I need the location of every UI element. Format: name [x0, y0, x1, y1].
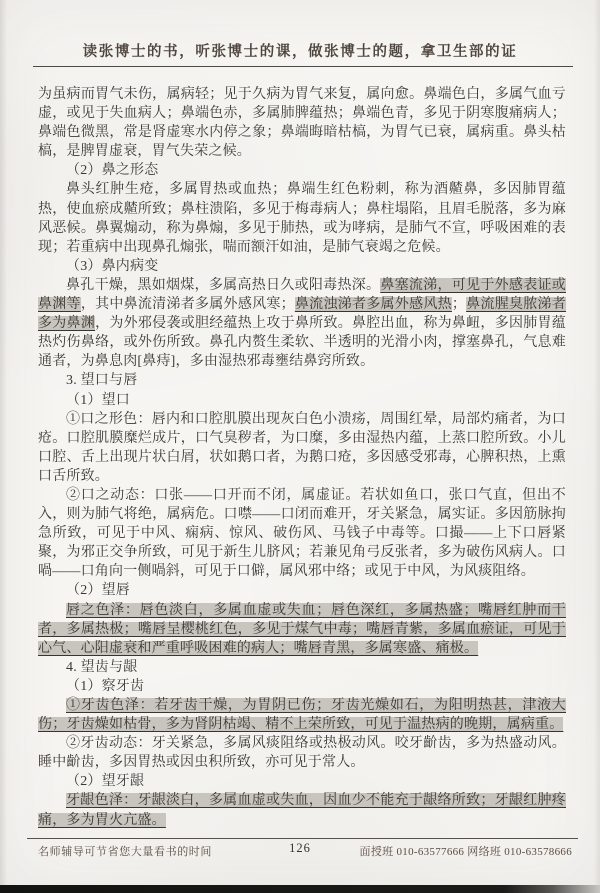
paragraph: 鼻孔干燥，黑如烟煤，多属高热日久或阳毒热深。鼻塞流涕，可见于外感表证或鼻渊等，其…	[38, 276, 566, 371]
text-run: 鼻头红肿生疮，多属胃热或血热；鼻端生红色粉刺，称为酒齄鼻，多因肺胃蕴热，使血瘀成…	[38, 182, 566, 254]
text-run: ①口之形色：唇内和口腔肌膜出现灰白色小溃疡，周围红晕，局部灼痛者，为口疮。口腔肌…	[38, 412, 566, 484]
highlighted-text: ①牙齿色泽：若牙齿干燥，为胃阴已伤；牙齿光燥如石，为阳明热甚，津液大伤；牙齿燥如…	[38, 698, 566, 732]
paragraph: 唇之色泽：唇色淡白，多属血虚或失血；唇色深红，多属热盛；嘴唇红肿而干者，多属热极…	[38, 601, 566, 658]
section-heading: （2）鼻之形态	[38, 161, 566, 180]
paragraph: ①口之形色：唇内和口腔肌膜出现灰白色小溃疡，周围红晕，局部灼痛者，为口疮。口腔肌…	[38, 410, 566, 486]
footer-contact-info: 面授班 010-63577666 网络班 010-63578666	[360, 843, 572, 859]
paragraph: ①牙齿色泽：若牙齿干燥，为胃阴已伤；牙齿光燥如石，为阳明热甚，津液大伤；牙齿燥如…	[38, 696, 566, 734]
section-heading: （3）鼻内病变	[38, 257, 566, 276]
highlighted-text: 鼻流浊涕者多属外感风热	[295, 297, 452, 312]
section-heading: 4. 望齿与龈	[38, 658, 566, 677]
section-heading: （1）察牙齿	[38, 677, 566, 696]
highlighted-text: 牙龈色泽：牙龈淡白，多属血虚或失血，因血少不能充于龈络所致；牙龈红肿疼痛，多为胃…	[38, 793, 566, 827]
header-slogan: 读张博士的书，听张博士的课，做张博士的题，拿卫生部的证	[0, 40, 600, 61]
section-heading: （1）望口	[38, 391, 566, 410]
text-run: 鼻孔干燥，黑如烟煤，多属高热日久或阳毒热深。	[66, 278, 380, 293]
text-run: ，为外邪侵袭或胆经蕴热上攻于鼻所致。鼻腔出血，称为鼻衄，多因肺胃蕴热灼伤鼻络，或…	[38, 316, 566, 369]
scanned-document-page: 读张博士的书，听张博士的课，做张博士的题，拿卫生部的证 为虽病而胃气未伤，属病轻…	[0, 0, 600, 893]
section-heading: （2）望唇	[38, 581, 566, 600]
footer-rule	[27, 838, 578, 839]
section-heading: 3. 望口与唇	[38, 371, 566, 390]
paragraph: ②口之动态：口张——口开而不闭，属虚证。若状如鱼口，张口气直，但出不入，则为肺气…	[38, 486, 566, 581]
paragraph: 鼻头红肿生疮，多属胃热或血热；鼻端生红色粉刺，称为酒齄鼻，多因肺胃蕴热，使血瘀成…	[38, 180, 566, 256]
section-heading: （2）望牙龈	[38, 772, 566, 791]
scan-edge-bottom	[0, 885, 600, 893]
highlighted-text: 唇之色泽：唇色淡白，多属血虚或失血；唇色深红，多属热盛；嘴唇红肿而干者，多属热极…	[38, 603, 566, 656]
document-body: 为虽病而胃气未伤，属病轻；见于久病为胃气来复，属向愈。鼻端色白，多属气血亏虚，或…	[38, 85, 566, 830]
text-run: ；	[452, 297, 466, 312]
text-run: ②口之动态：口张——口开而不闭，属虚证。若状如鱼口，张口气直，但出不入，则为肺气…	[38, 488, 566, 579]
text-run: ②牙齿动态：牙关紧急，多属风痰阻络或热极动风。咬牙齘齿，多为热盛动风。睡中齘齿，…	[38, 736, 566, 770]
paragraph: 牙龈色泽：牙龈淡白，多属血虚或失血，因血少不能充于龈络所致；牙龈红肿疼痛，多为胃…	[38, 791, 566, 829]
header-rule	[33, 66, 573, 67]
text-run: 为虽病而胃气未伤，属病轻；见于久病为胃气来复，属向愈。鼻端色白，多属气血亏虚，或…	[38, 87, 566, 159]
text-run: ，其中鼻流清涕者多属外感风寒；	[81, 297, 295, 312]
scan-edge-right	[594, 0, 600, 893]
paragraph: 为虽病而胃气未伤，属病轻；见于久病为胃气来复，属向愈。鼻端色白，多属气血亏虚，或…	[38, 85, 566, 161]
scan-edge-left	[0, 0, 7, 893]
paragraph: ②牙齿动态：牙关紧急，多属风痰阻络或热极动风。咬牙齘齿，多为热盛动风。睡中齘齿，…	[38, 734, 566, 772]
